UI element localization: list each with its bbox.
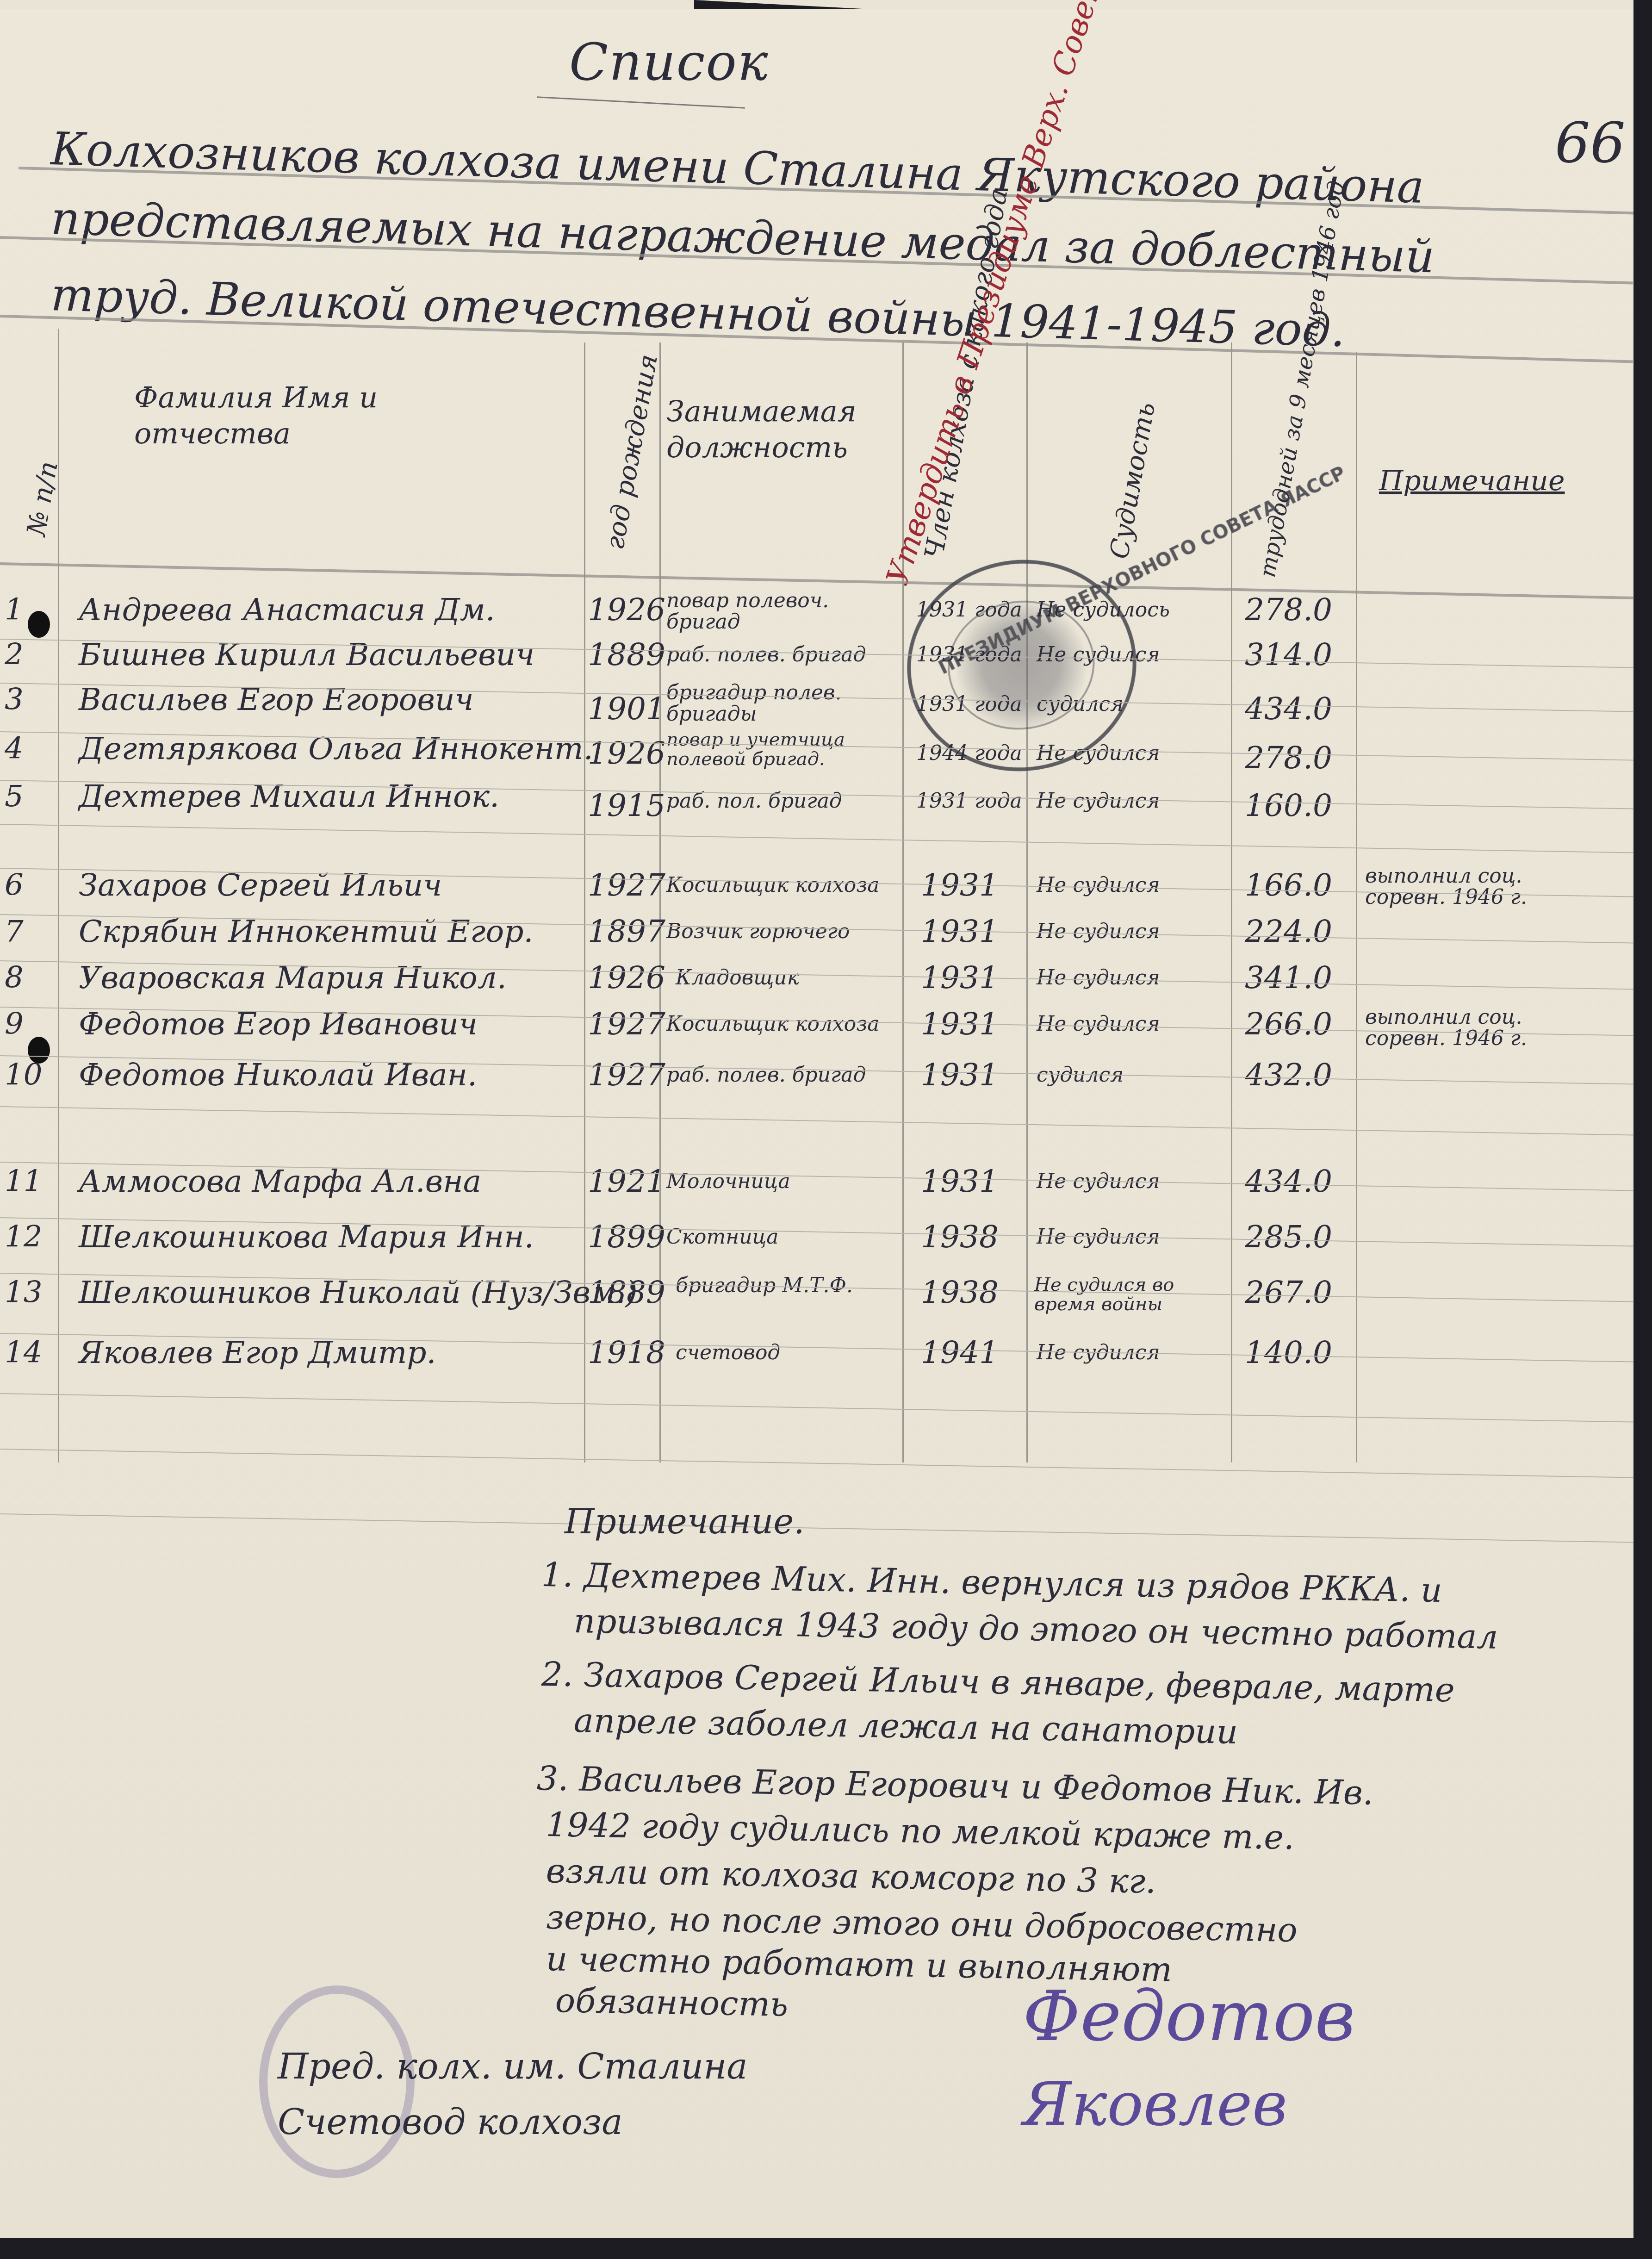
- row-workdays: 432.0: [1245, 1060, 1332, 1090]
- row-workdays: 224.0: [1245, 916, 1332, 947]
- row-birth-year: 1889: [588, 640, 665, 670]
- note-line: обязанность: [555, 1981, 789, 2024]
- row-name: Уваровская Мария Никол.: [79, 963, 507, 993]
- row-number: 6: [5, 870, 24, 901]
- header-conviction: Судимость: [1101, 399, 1164, 561]
- row-position: Кладовщик: [676, 967, 799, 989]
- header-birth-year: год рождения: [597, 351, 667, 552]
- note-line: апреле заболел лежал на санатории: [573, 1701, 1238, 1751]
- row-birth-year: 1901: [588, 694, 665, 724]
- row-member-since: 1931: [921, 1166, 999, 1197]
- page-number: 66: [1555, 111, 1626, 175]
- row-workdays: 314.0: [1245, 640, 1332, 670]
- row-position: раб. полев. бригад: [666, 644, 866, 666]
- chairman-signature: Федотов: [1023, 1976, 1355, 2057]
- row-birth-year: 1899: [588, 1222, 665, 1252]
- row-workdays: 266.0: [1245, 1009, 1332, 1039]
- row-rule: [0, 824, 1633, 853]
- row-conviction: Не судился: [1037, 921, 1160, 942]
- row-member-since: 1931 года: [916, 694, 1022, 715]
- note-line: 3. Васильев Егор Егорович и Федотов Ник.…: [536, 1759, 1373, 1812]
- row-number: 10: [5, 1060, 42, 1090]
- row-birth-year: 1927: [588, 1009, 665, 1039]
- row-workdays: 434.0: [1245, 1166, 1332, 1197]
- row-number: 2: [5, 640, 24, 670]
- row-conviction: Не судился: [1037, 1014, 1160, 1035]
- row-workdays: 341.0: [1245, 963, 1332, 993]
- row-member-since: 1941: [921, 1338, 999, 1368]
- row-conviction: Не судилось: [1037, 599, 1170, 621]
- table-row: 13 Шелкошников Николай (Нуз/Звм.) 1889 б…: [0, 1277, 1636, 1322]
- row-member-since: 1938: [921, 1277, 999, 1308]
- scan-border-right: [1633, 0, 1652, 2259]
- row-workdays: 434.0: [1245, 694, 1332, 724]
- row-rule: [0, 1513, 1633, 1543]
- row-workdays: 166.0: [1245, 870, 1332, 901]
- row-number: 5: [5, 781, 24, 812]
- row-number: 7: [5, 916, 24, 947]
- note-line: 1. Дехтерев Мих. Инн. вернулся из рядов …: [541, 1555, 1442, 1610]
- accountant-label: Счетовод колхоза: [278, 2101, 622, 2142]
- row-number: 14: [5, 1338, 42, 1368]
- row-birth-year: 1918: [588, 1338, 665, 1368]
- row-number: 9: [5, 1009, 24, 1039]
- row-name: Андреева Анастасия Дм.: [79, 595, 495, 625]
- row-number: 12: [5, 1222, 42, 1252]
- note-line: призывался 1943 году до этого он честно …: [573, 1601, 1498, 1656]
- table-row: 12 Шелкошникова Мария Инн. 1899 Скотница…: [0, 1222, 1636, 1267]
- row-workdays: 267.0: [1245, 1277, 1332, 1308]
- row-name: Дегтярякова Ольга Иннокент.: [79, 734, 593, 764]
- row-member-since: 1944 года: [916, 743, 1022, 764]
- row-conviction: судился: [1037, 694, 1124, 715]
- row-conviction: Не судился: [1037, 644, 1160, 666]
- row-position: повар полевоч. бригад: [666, 590, 898, 633]
- chairman-label: Пред. колх. им. Сталина: [278, 2046, 748, 2087]
- row-remark: выполнил соц. соревн. 1946 г.: [1365, 865, 1596, 908]
- row-workdays: 160.0: [1245, 790, 1332, 821]
- row-position: Возчик горючего: [666, 921, 850, 942]
- row-number: 1: [5, 595, 24, 625]
- row-workdays: 278.0: [1245, 743, 1332, 773]
- row-number: 4: [5, 734, 24, 764]
- table-row: 11 Аммосова Марфа Ал.вна 1921 Молочница …: [0, 1166, 1636, 1211]
- row-number: 3: [5, 685, 24, 715]
- header-position: Занимаемая должность: [666, 393, 888, 466]
- notes-title: Примечание.: [565, 1502, 805, 1542]
- row-conviction: Не судился: [1037, 790, 1160, 812]
- row-workdays: 140.0: [1245, 1338, 1332, 1368]
- row-number: 11: [5, 1166, 42, 1197]
- row-position: бригадир полев. бригады: [666, 682, 898, 725]
- row-position: повар и учетчица полевой бригад.: [666, 730, 898, 769]
- row-name: Яковлев Егор Дмитр.: [79, 1338, 436, 1368]
- row-birth-year: 1927: [588, 1060, 665, 1090]
- row-birth-year: 1889: [588, 1277, 665, 1308]
- row-rule: [0, 1106, 1633, 1136]
- table-row: 14 Яковлев Егор Дмитр. 1918 счетовод 194…: [0, 1338, 1636, 1382]
- title-underline: [537, 96, 745, 109]
- row-member-since: 1931 года: [916, 599, 1022, 621]
- row-birth-year: 1927: [588, 870, 665, 901]
- row-name: Скрябин Иннокентий Егор.: [79, 916, 533, 947]
- table-row: 1 Андреева Анастасия Дм. 1926 повар поле…: [0, 595, 1636, 640]
- header-name: Фамилия Имя и отчества: [134, 380, 504, 452]
- row-name: Аммосова Марфа Ал.вна: [79, 1166, 481, 1197]
- row-remark: выполнил соц. соревн. 1946 г.: [1365, 1007, 1596, 1049]
- note-line: 1942 году судились по мелкой краже т.е.: [546, 1805, 1294, 1857]
- row-number: 13: [5, 1277, 42, 1308]
- table-row: 2 Бишнев Кирилл Васильевич 1889 раб. пол…: [0, 640, 1636, 685]
- scan-border-bottom: [0, 2238, 1652, 2259]
- row-member-since: 1931: [921, 1060, 999, 1090]
- row-birth-year: 1915: [588, 790, 665, 821]
- row-position: Косильщик колхоза: [666, 1014, 879, 1035]
- row-birth-year: 1897: [588, 916, 665, 947]
- table-row: 10 Федотов Николай Иван. 1927 раб. полев…: [0, 1060, 1636, 1105]
- document-paper: Список 66 Колхозников колхоза имени Стал…: [0, 9, 1636, 2238]
- row-conviction: Не судился: [1037, 967, 1160, 989]
- row-birth-year: 1926: [588, 595, 665, 625]
- row-workdays: 278.0: [1245, 595, 1332, 625]
- row-birth-year: 1926: [588, 963, 665, 993]
- header-remark: Примечание: [1379, 463, 1565, 499]
- row-member-since: 1931 года: [916, 790, 1022, 812]
- row-birth-year: 1921: [588, 1166, 665, 1197]
- note-line: 2. Захаров Сергей Ильич в январе, феврал…: [541, 1655, 1455, 1709]
- row-number: 8: [5, 963, 24, 993]
- header-number: № п/п: [19, 459, 67, 539]
- row-name: Васильев Егор Егорович: [79, 685, 473, 715]
- row-member-since: 1938: [921, 1222, 999, 1252]
- row-name: Федотов Николай Иван.: [79, 1060, 477, 1090]
- row-position: Косильщик колхоза: [666, 875, 879, 896]
- heading-line-3: труд. Великой отечественной войны 1941-1…: [50, 268, 1346, 357]
- row-workdays: 285.0: [1245, 1222, 1332, 1252]
- accountant-signature: Яковлев: [1023, 2069, 1287, 2139]
- note-line: взяли от колхоза комсорг по 3 кг.: [546, 1851, 1156, 1901]
- document-title: Список: [569, 32, 769, 92]
- row-conviction: Не судился: [1037, 875, 1160, 896]
- row-conviction: Не судился: [1037, 743, 1160, 764]
- row-name: Шелкошникова Мария Инн.: [79, 1222, 534, 1252]
- row-rule: [0, 1393, 1633, 1423]
- row-rule: [0, 1449, 1633, 1478]
